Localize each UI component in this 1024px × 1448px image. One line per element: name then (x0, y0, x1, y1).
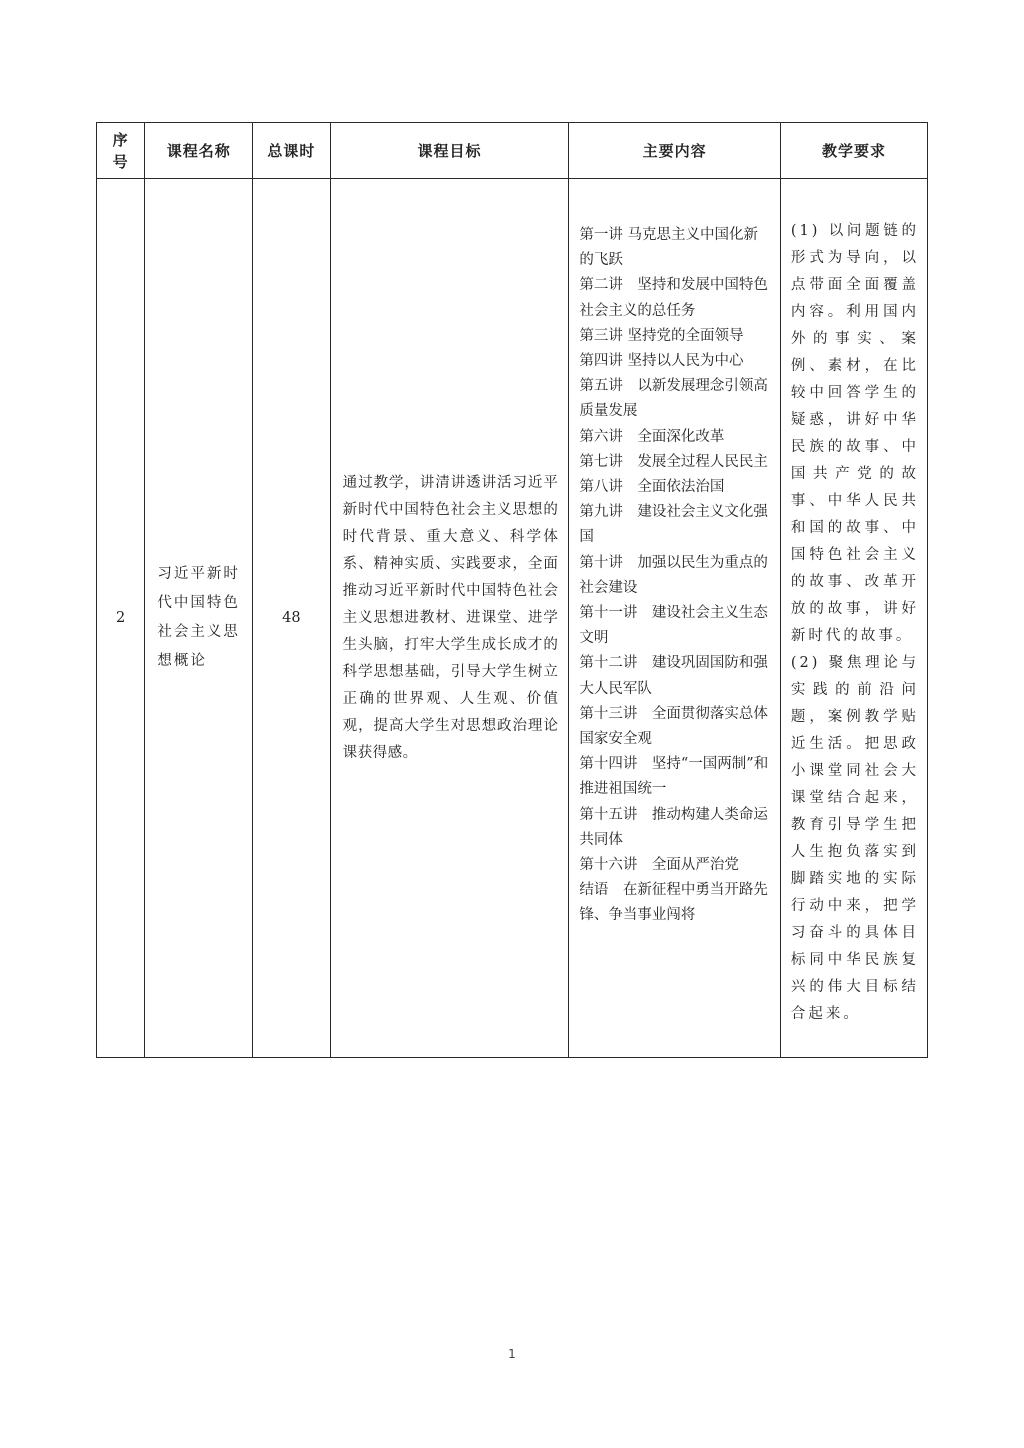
lecture-item: 第十四讲 坚持“一国两制”和推进祖国统一 (579, 752, 772, 802)
lecture-item: 第三讲 坚持党的全面领导 (579, 324, 772, 349)
cell-main-content: 第一讲 马克思主义中国化新的飞跃 第二讲 坚持和发展中国特色社会主义的总任务 第… (569, 179, 781, 1058)
document-page: 序 号 课程名称 总课时 课程目标 主要内容 教学要求 2 习近平新时代中国特色… (0, 0, 1024, 1448)
course-goal-text: 通过教学，讲清讲透讲活习近平新时代中国特色社会主义思想的时代背景、重大意义、科学… (343, 470, 559, 767)
lecture-item: 第五讲 以新发展理念引领高质量发展 (579, 374, 772, 424)
requirements-list: (1) 以问题链的形式为导向，以点带面全面覆盖内容。利用国内外的事实、案例、素材… (791, 218, 919, 1028)
course-table: 序 号 课程名称 总课时 课程目标 主要内容 教学要求 2 习近平新时代中国特色… (96, 122, 928, 1058)
lecture-item: 第十五讲 推动构建人类命运共同体 (579, 803, 772, 853)
header-serial-number-line1: 序 (97, 129, 144, 151)
header-main-content: 主要内容 (569, 123, 781, 179)
lecture-item: 第十二讲 建设巩固国防和强大人民军队 (579, 651, 772, 701)
lecture-item: 第四讲 坚持以人民为中心 (579, 349, 772, 374)
lecture-item-conclusion: 结语 在新征程中勇当开路先锋、争当事业闯将 (579, 878, 772, 928)
requirement-item: (2) 聚焦理论与实践的前沿问题，案例教学贴近生活。把思政小课堂同社会大课堂结合… (791, 650, 919, 1028)
table-header-row: 序 号 课程名称 总课时 课程目标 主要内容 教学要求 (97, 123, 928, 179)
lecture-item: 第十六讲 全面从严治党 (579, 853, 772, 878)
cell-course-name: 习近平新时代中国特色社会主义思想概论 (145, 179, 253, 1058)
lecture-item: 第六讲 全面深化改革 (579, 425, 772, 450)
lecture-item: 第一讲 马克思主义中国化新的飞跃 (579, 223, 772, 273)
course-name-text: 习近平新时代中国特色社会主义思想概论 (157, 560, 242, 676)
lecture-item: 第十一讲 建设社会主义生态文明 (579, 601, 772, 651)
lecture-item: 第八讲 全面依法治国 (579, 475, 772, 500)
table-row: 2 习近平新时代中国特色社会主义思想概论 48 通过教学，讲清讲透讲活习近平新时… (97, 179, 928, 1058)
lecture-list: 第一讲 马克思主义中国化新的飞跃 第二讲 坚持和发展中国特色社会主义的总任务 第… (579, 223, 772, 929)
lecture-item: 第十讲 加强以民生为重点的社会建设 (579, 551, 772, 601)
cell-serial-number: 2 (97, 179, 145, 1058)
lecture-item: 第二讲 坚持和发展中国特色社会主义的总任务 (579, 273, 772, 323)
lecture-item: 第七讲 发展全过程人民民主 (579, 450, 772, 475)
lecture-item: 第十三讲 全面贯彻落实总体国家安全观 (579, 702, 772, 752)
header-teaching-requirements: 教学要求 (780, 123, 927, 179)
header-total-hours: 总课时 (253, 123, 331, 179)
cell-teaching-requirements: (1) 以问题链的形式为导向，以点带面全面覆盖内容。利用国内外的事实、案例、素材… (780, 179, 927, 1058)
requirement-item: (1) 以问题链的形式为导向，以点带面全面覆盖内容。利用国内外的事实、案例、素材… (791, 218, 919, 650)
header-serial-number-line2: 号 (97, 151, 144, 173)
header-course-name: 课程名称 (145, 123, 253, 179)
page-number: 1 (0, 1347, 1024, 1361)
cell-total-hours: 48 (253, 179, 331, 1058)
cell-course-goal: 通过教学，讲清讲透讲活习近平新时代中国特色社会主义思想的时代背景、重大意义、科学… (330, 179, 569, 1058)
lecture-item: 第九讲 建设社会主义文化强国 (579, 500, 772, 550)
header-serial-number: 序 号 (97, 123, 145, 179)
header-course-goal: 课程目标 (330, 123, 569, 179)
